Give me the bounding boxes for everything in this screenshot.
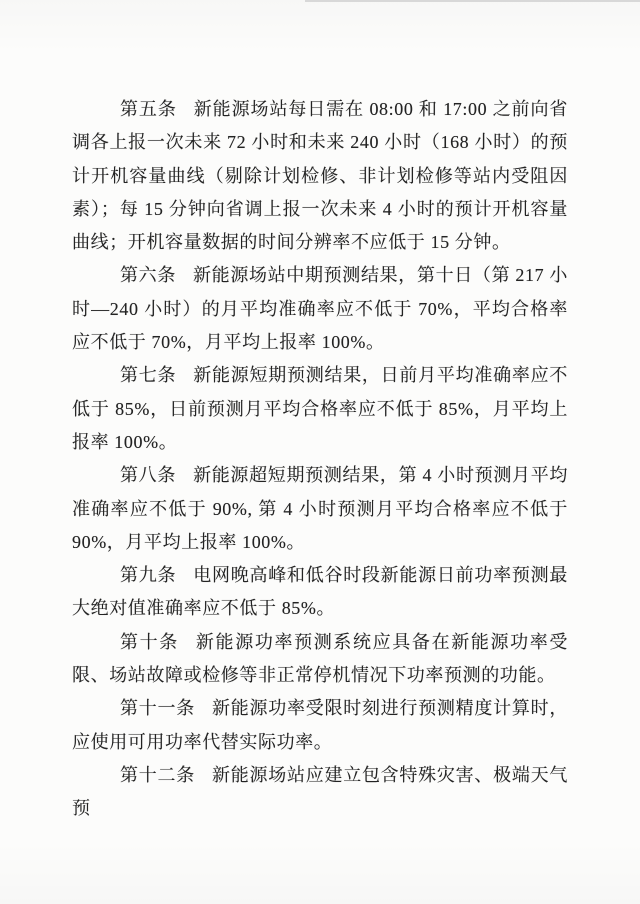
- article-number: 第十一条: [120, 698, 195, 718]
- article-paragraph: 第十条新能源功率预测系统应具备在新能源功率受限、场站故障或检修等非正常停机情况下…: [72, 626, 568, 693]
- article-paragraph: 第九条电网晚高峰和低谷时段新能源日前功率预测最大绝对值准确率应不低于 85%。: [72, 559, 568, 626]
- article-number: 第十二条: [120, 765, 195, 785]
- article-number: 第五条: [120, 99, 177, 119]
- article-number: 第六条: [120, 265, 176, 285]
- article-paragraph: 第八条新能源超短期预测结果，第 4 小时预测月平均准确率应不低于 90%, 第 …: [72, 459, 568, 559]
- document-body: 第五条新能源场站每日需在 08:00 和 17:00 之前向省调各上报一次未来 …: [72, 93, 568, 826]
- article-number: 第八条: [120, 465, 176, 485]
- article-paragraph: 第十一条新能源功率受限时刻进行预测精度计算时，应使用可用功率代替实际功率。: [72, 692, 568, 759]
- article-text: 新能源场站每日需在 08:00 和 17:00 之前向省调各上报一次未来 72 …: [72, 99, 568, 252]
- document-page: 第五条新能源场站每日需在 08:00 和 17:00 之前向省调各上报一次未来 …: [0, 0, 640, 904]
- article-paragraph: 第七条新能源短期预测结果，日前月平均准确率应不低于 85%，日前预测月平均合格率…: [72, 359, 568, 459]
- article-number: 第十条: [120, 632, 179, 652]
- article-number: 第七条: [120, 365, 176, 385]
- article-paragraph: 第六条新能源场站中期预测结果，第十日（第 217 小时—240 小时）的月平均准…: [72, 259, 568, 359]
- scan-artifact-top-edge: [305, 0, 640, 2]
- article-number: 第九条: [120, 565, 176, 585]
- article-paragraph: 第十二条新能源场站应建立包含特殊灾害、极端天气预: [72, 759, 568, 826]
- article-paragraph: 第五条新能源场站每日需在 08:00 和 17:00 之前向省调各上报一次未来 …: [72, 93, 568, 259]
